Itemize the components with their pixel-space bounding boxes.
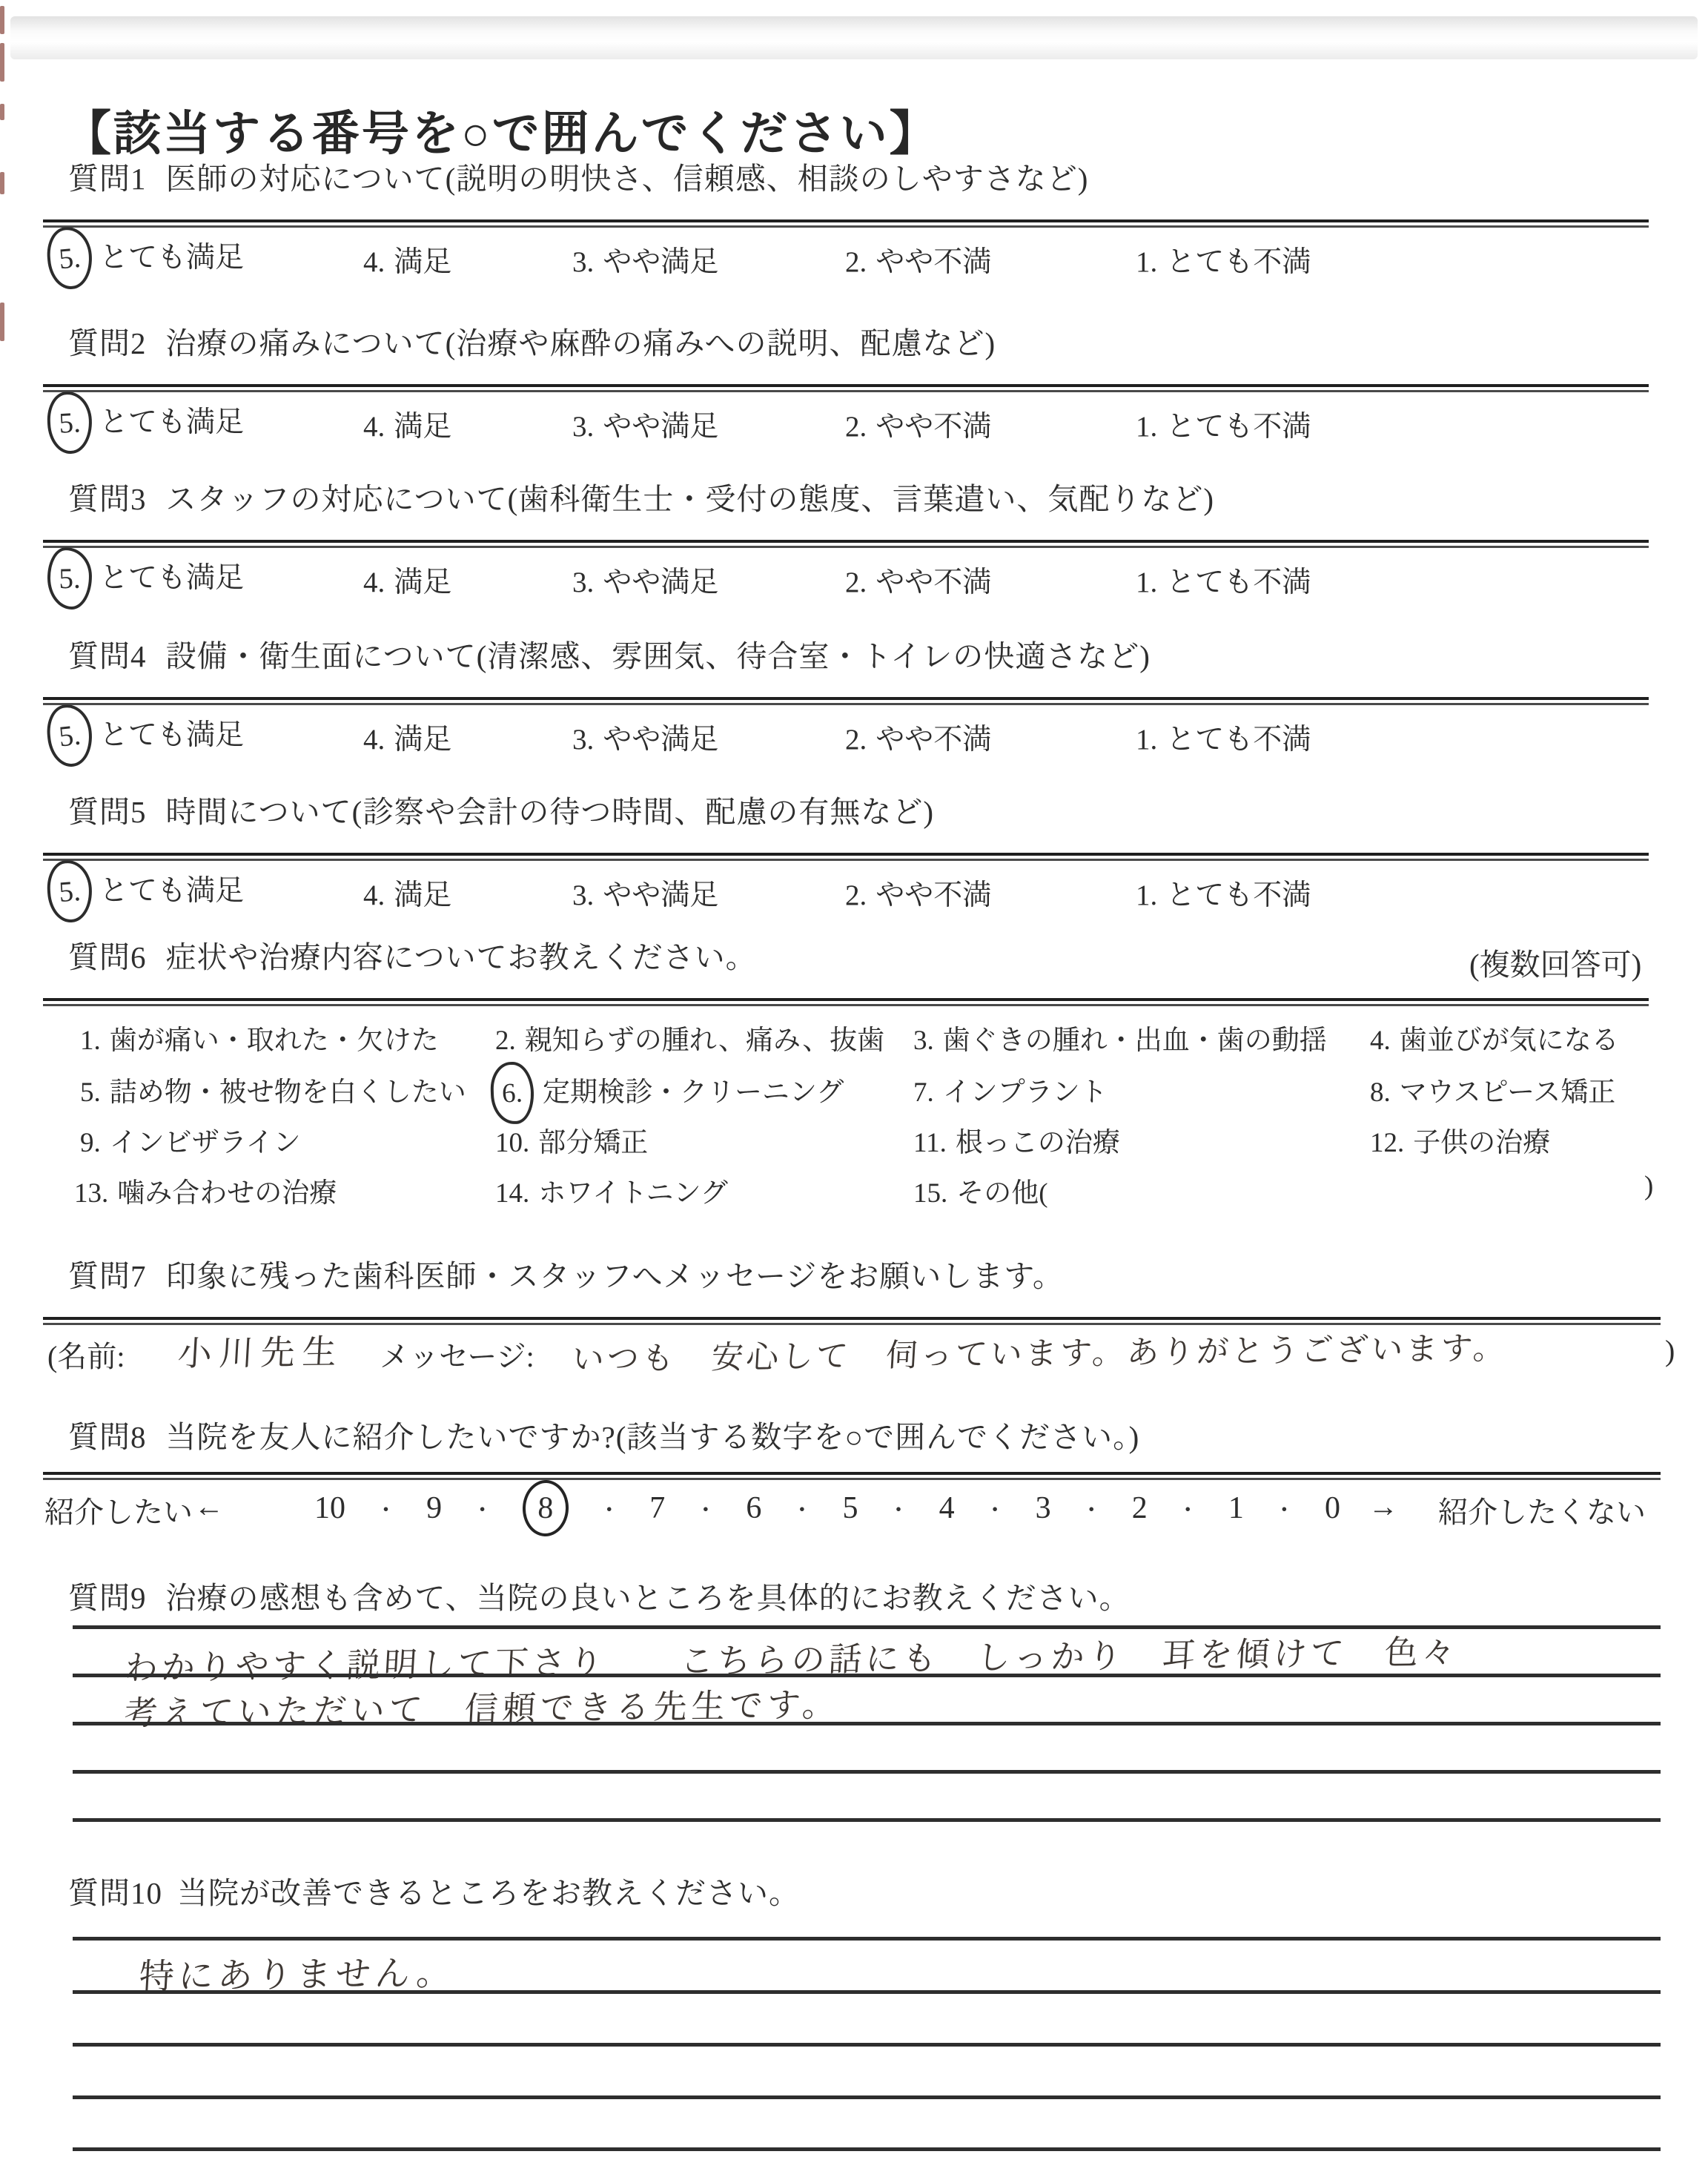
q1-answer-circle: 5.: [44, 225, 94, 291]
q8-answer-circle: 8: [522, 1479, 570, 1537]
divider-line: [43, 853, 1649, 861]
question-9-text: 治療の感想も含めて、当院の良いところを具体的にお教えください。: [166, 1581, 1131, 1615]
scale-number-1: 1: [1228, 1490, 1244, 1526]
q4-option-3: 3.やや満足: [572, 716, 718, 758]
question-4-number: 質問4: [68, 639, 147, 673]
q7-name-label: (名前:: [47, 1333, 125, 1375]
q6-option-13: 13.噛み合わせの治療: [74, 1170, 337, 1210]
answer-line: [73, 2147, 1661, 2151]
question-5-heading: 質問5時間について(診察や会計の待つ時間、配慮の有無など): [68, 795, 934, 830]
scale-number-7: 7: [649, 1490, 665, 1526]
scale-number-6: 6: [746, 1490, 761, 1526]
scan-edge-artifact: [0, 43, 4, 82]
q6-option-3: 3.歯ぐきの腫れ・出血・歯の動揺: [913, 1017, 1327, 1057]
question-6-text: 症状や治療内容についてお教えください。: [166, 940, 757, 974]
q3-option-2: 2.やや不満: [845, 559, 991, 601]
question-8-text: 当院を友人に紹介したいですか?(該当する数字を○で囲んでください。): [166, 1420, 1140, 1454]
scale-number-8-selected: 8: [523, 1487, 569, 1529]
q8-right-label: 紹介したくない: [1438, 1489, 1646, 1531]
answer-line: [73, 1990, 1661, 1994]
question-10-text: 当院が改善できるところをお教えください。: [177, 1876, 800, 1910]
scanned-questionnaire-page: 【該当する番号を○で囲んでください】 質問1医師の対応について(説明の明快さ、信…: [0, 0, 1708, 2160]
answer-line: [73, 2043, 1661, 2047]
q6-option-7: 7.インプラント: [913, 1069, 1108, 1109]
scan-edge-artifact: [0, 6, 4, 34]
question-2-text: 治療の痛みについて(治療や麻酔の痛みへの説明、配慮など): [166, 326, 996, 360]
question-3-text: スタッフの対応について(歯科衛生士・受付の態度、言葉遣い、気配りなど): [166, 482, 1214, 516]
q1-option-3: 3.やや満足: [572, 239, 718, 280]
q7-message-label: メッセージ:: [380, 1333, 534, 1375]
scale-number-10: 10: [314, 1490, 345, 1526]
scale-dot: ・: [1080, 1492, 1102, 1525]
question-10-number: 質問10: [68, 1876, 162, 1910]
q1-option-5-selected: 5.とても満足: [47, 234, 244, 282]
q6-option-6-selected: 6.定期検診・クリーニング: [491, 1069, 844, 1114]
q3-answer-circle: 5.: [47, 546, 92, 610]
q3-option-1: 1.とても不満: [1136, 559, 1311, 601]
q5-answer-circle: 5.: [45, 859, 94, 924]
q3-option-4: 4.満足: [363, 559, 451, 601]
question-9-number: 質問9: [68, 1581, 147, 1615]
question-8-number: 質問8: [68, 1420, 147, 1454]
scale-dot: ・: [1273, 1492, 1295, 1525]
q7-name-handwriting: 小川先生: [176, 1325, 345, 1376]
question-3-heading: 質問3スタッフの対応について(歯科衛生士・受付の態度、言葉遣い、気配りなど): [68, 482, 1214, 517]
divider-line: [43, 219, 1649, 228]
question-3-number: 質問3: [68, 482, 147, 516]
q6-option-5: 5.詰め物・被せ物を白くしたい: [80, 1069, 466, 1109]
scanner-artifact-bar: [10, 16, 1698, 59]
q6-option-12: 12.子供の治療: [1370, 1120, 1550, 1160]
q8-left-label: 紹介したい: [44, 1489, 193, 1531]
q1-option-1: 1.とても不満: [1136, 239, 1311, 280]
answer-line: [73, 1818, 1661, 1822]
scale-dot: ・: [1176, 1492, 1199, 1525]
q5-option-3: 3.やや満足: [572, 872, 718, 914]
q7-message-handwriting: いつも 安心して 伺っています。ありがとうございます。: [571, 1323, 1509, 1379]
q5-option-5-selected: 5.とても満足: [47, 868, 244, 915]
page-title: 【該当する番号を○で囲んでください】: [64, 96, 939, 164]
answer-line: [73, 1674, 1661, 1677]
question-7-number: 質問7: [68, 1259, 147, 1293]
scale-dot: ・: [695, 1492, 717, 1525]
q5-option-2: 2.やや不満: [845, 872, 991, 914]
q3-option-5-selected: 5.とても満足: [47, 555, 244, 602]
question-7-heading: 質問7印象に残った歯科医師・スタッフへメッセージをお願いします。: [68, 1259, 1064, 1294]
scale-dot: ・: [887, 1492, 910, 1525]
question-4-text: 設備・衛生面について(清潔感、雰囲気、待合室・トイレの快適さなど): [166, 639, 1151, 673]
q2-option-3: 3.やや満足: [572, 403, 718, 445]
scale-number-5: 5: [842, 1490, 858, 1526]
scan-edge-artifact: [0, 172, 4, 194]
question-4-heading: 質問4設備・衛生面について(清潔感、雰囲気、待合室・トイレの快適さなど): [68, 639, 1151, 674]
scale-dot: ・: [375, 1492, 397, 1525]
question-10-heading: 質問10当院が改善できるところをお教えください。: [68, 1876, 800, 1911]
question-1-number: 質問1: [68, 162, 147, 196]
q7-close-paren: ): [1665, 1333, 1675, 1368]
q2-answer-circle: 5.: [46, 390, 93, 455]
divider-line: [43, 1472, 1661, 1480]
divider-line: [43, 540, 1649, 548]
q6-option-9: 9.インビザライン: [80, 1120, 301, 1160]
question-6-heading: 質問6症状や治療内容についてお教えください。: [68, 940, 757, 975]
question-9-heading: 質問9治療の感想も含めて、当院の良いところを具体的にお教えください。: [68, 1581, 1131, 1616]
q2-option-4: 4.満足: [363, 403, 451, 445]
question-7-text: 印象に残った歯科医師・スタッフへメッセージをお願いします。: [166, 1259, 1064, 1293]
q6-option-2: 2.親知らずの腫れ、痛み、抜歯: [495, 1017, 884, 1057]
scale-number-4: 4: [939, 1490, 955, 1526]
scale-dot: ・: [791, 1492, 813, 1525]
scale-number-9: 9: [426, 1490, 442, 1526]
q6-option-8: 8.マウスピース矯正: [1370, 1069, 1615, 1109]
scan-edge-artifact: [0, 104, 4, 120]
scan-edge-artifact: [0, 303, 4, 341]
q8-right-arrow: →: [1368, 1489, 1398, 1524]
answer-line: [73, 1937, 1661, 1941]
q4-answer-circle: 5.: [44, 702, 95, 769]
q9-answer-handwriting-line2: 考えていただいて 信頼できる先生です。: [123, 1677, 841, 1734]
q6-option-1: 1.歯が痛い・取れた・欠けた: [80, 1017, 439, 1057]
q2-option-1: 1.とても不満: [1136, 403, 1311, 445]
q2-option-2: 2.やや不満: [845, 403, 991, 445]
scale-dot: ・: [598, 1492, 620, 1525]
q6-option-4: 4.歯並びが気になる: [1370, 1017, 1619, 1057]
scale-dot: ・: [984, 1492, 1006, 1525]
question-8-heading: 質問8当院を友人に紹介したいですか?(該当する数字を○で囲んでください。): [68, 1420, 1139, 1455]
divider-line: [43, 384, 1649, 392]
multiple-answers-note: (複数回答可): [1469, 940, 1641, 984]
q4-option-4: 4.満足: [363, 716, 451, 758]
q1-option-4: 4.満足: [363, 239, 451, 280]
question-6-number: 質問6: [68, 940, 147, 974]
question-2-heading: 質問2治療の痛みについて(治療や麻酔の痛みへの説明、配慮など): [68, 326, 996, 361]
question-1-text: 医師の対応について(説明の明快さ、信頼感、相談のしやすさなど): [166, 162, 1089, 196]
q3-option-3: 3.やや満足: [572, 559, 718, 601]
divider-line: [43, 998, 1649, 1006]
q5-option-1: 1.とても不満: [1136, 872, 1311, 914]
q4-option-5-selected: 5.とても満足: [47, 712, 244, 759]
scale-number-2: 2: [1132, 1490, 1148, 1526]
scale-number-0: 0: [1325, 1490, 1340, 1526]
question-5-text: 時間について(診察や会計の待つ時間、配慮の有無など): [166, 795, 934, 829]
q6-option-15-other: 15.その他(: [913, 1170, 1048, 1210]
q6-answer-circle: 6.: [490, 1061, 535, 1125]
q6-other-close-paren: ): [1644, 1170, 1653, 1202]
q2-option-5-selected: 5.とても満足: [47, 399, 244, 446]
q6-option-11: 11.根っこの治療: [913, 1120, 1120, 1160]
scale-dot: ・: [471, 1492, 494, 1525]
answer-line: [73, 2095, 1661, 2099]
q6-option-10: 10.部分矯正: [495, 1120, 648, 1160]
answer-line: [73, 1722, 1661, 1725]
answer-line: [73, 1770, 1661, 1774]
q6-option-14: 14.ホワイトニング: [495, 1170, 728, 1210]
q1-option-2: 2.やや不満: [845, 239, 991, 280]
q8-left-arrow: ←: [194, 1489, 224, 1524]
q5-option-4: 4.満足: [363, 872, 451, 914]
q4-option-2: 2.やや不満: [845, 716, 991, 758]
question-1-heading: 質問1医師の対応について(説明の明快さ、信頼感、相談のしやすさなど): [68, 162, 1088, 196]
scale-number-3: 3: [1036, 1490, 1051, 1526]
question-2-number: 質問2: [68, 326, 147, 360]
divider-line: [43, 697, 1649, 705]
q8-recommend-scale: 10 ・ 9 ・ 8 ・ 7 ・ 6 ・ 5 ・ 4 ・ 3 ・ 2 ・ 1 ・…: [314, 1480, 1340, 1536]
question-5-number: 質問5: [68, 795, 147, 829]
q4-option-1: 1.とても不満: [1136, 716, 1311, 758]
